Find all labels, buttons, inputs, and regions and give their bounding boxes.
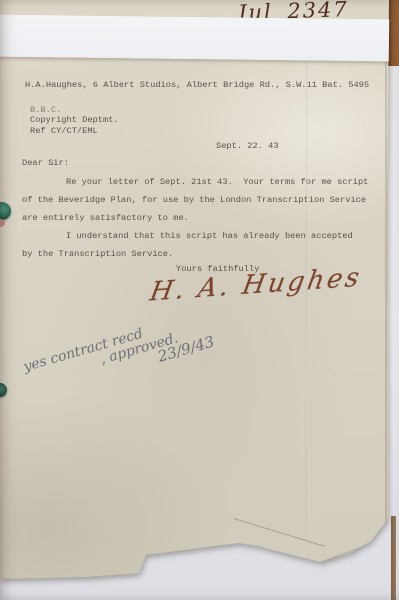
recipient-org: B.B.C. <box>30 105 61 115</box>
fold-crease <box>234 518 325 547</box>
recipient-department: Copyright Deptmt. <box>30 115 119 125</box>
letter-paper: Jul 2347 H.A.Haughes, 6 Albert Studios, … <box>0 0 389 600</box>
letter-sheet-wrapper: Jul 2347 H.A.Haughes, 6 Albert Studios, … <box>0 0 399 600</box>
body-line: Re your letter of Sept. 21st 43. Your te… <box>66 177 368 187</box>
letter-date: Sept. 22. 43 <box>216 141 279 151</box>
salutation: Dear Sir: <box>22 158 69 168</box>
pencil-annotation: yes contract recd , approved. 23/9/43 <box>14 290 276 404</box>
letter-photograph: Jul 2347 H.A.Haughes, 6 Albert Studios, … <box>0 0 399 600</box>
reference-line: Ref CY/CT/EML <box>30 126 98 136</box>
body-line: by the Transcription Service. <box>22 249 173 259</box>
white-cover-slip <box>0 15 389 62</box>
fold-crease <box>320 542 375 563</box>
body-line: of the Beveridge Plan, for use by the Lo… <box>22 195 366 205</box>
body-line: are entirely satisfactory to me. <box>22 213 189 223</box>
paper-crease <box>306 0 308 545</box>
body-line: I understand that this script has alread… <box>66 231 353 241</box>
letterhead-address: H.A.Haughes, 6 Albert Studios, Albert Br… <box>25 80 369 90</box>
paper-edge-shadow <box>385 60 387 526</box>
